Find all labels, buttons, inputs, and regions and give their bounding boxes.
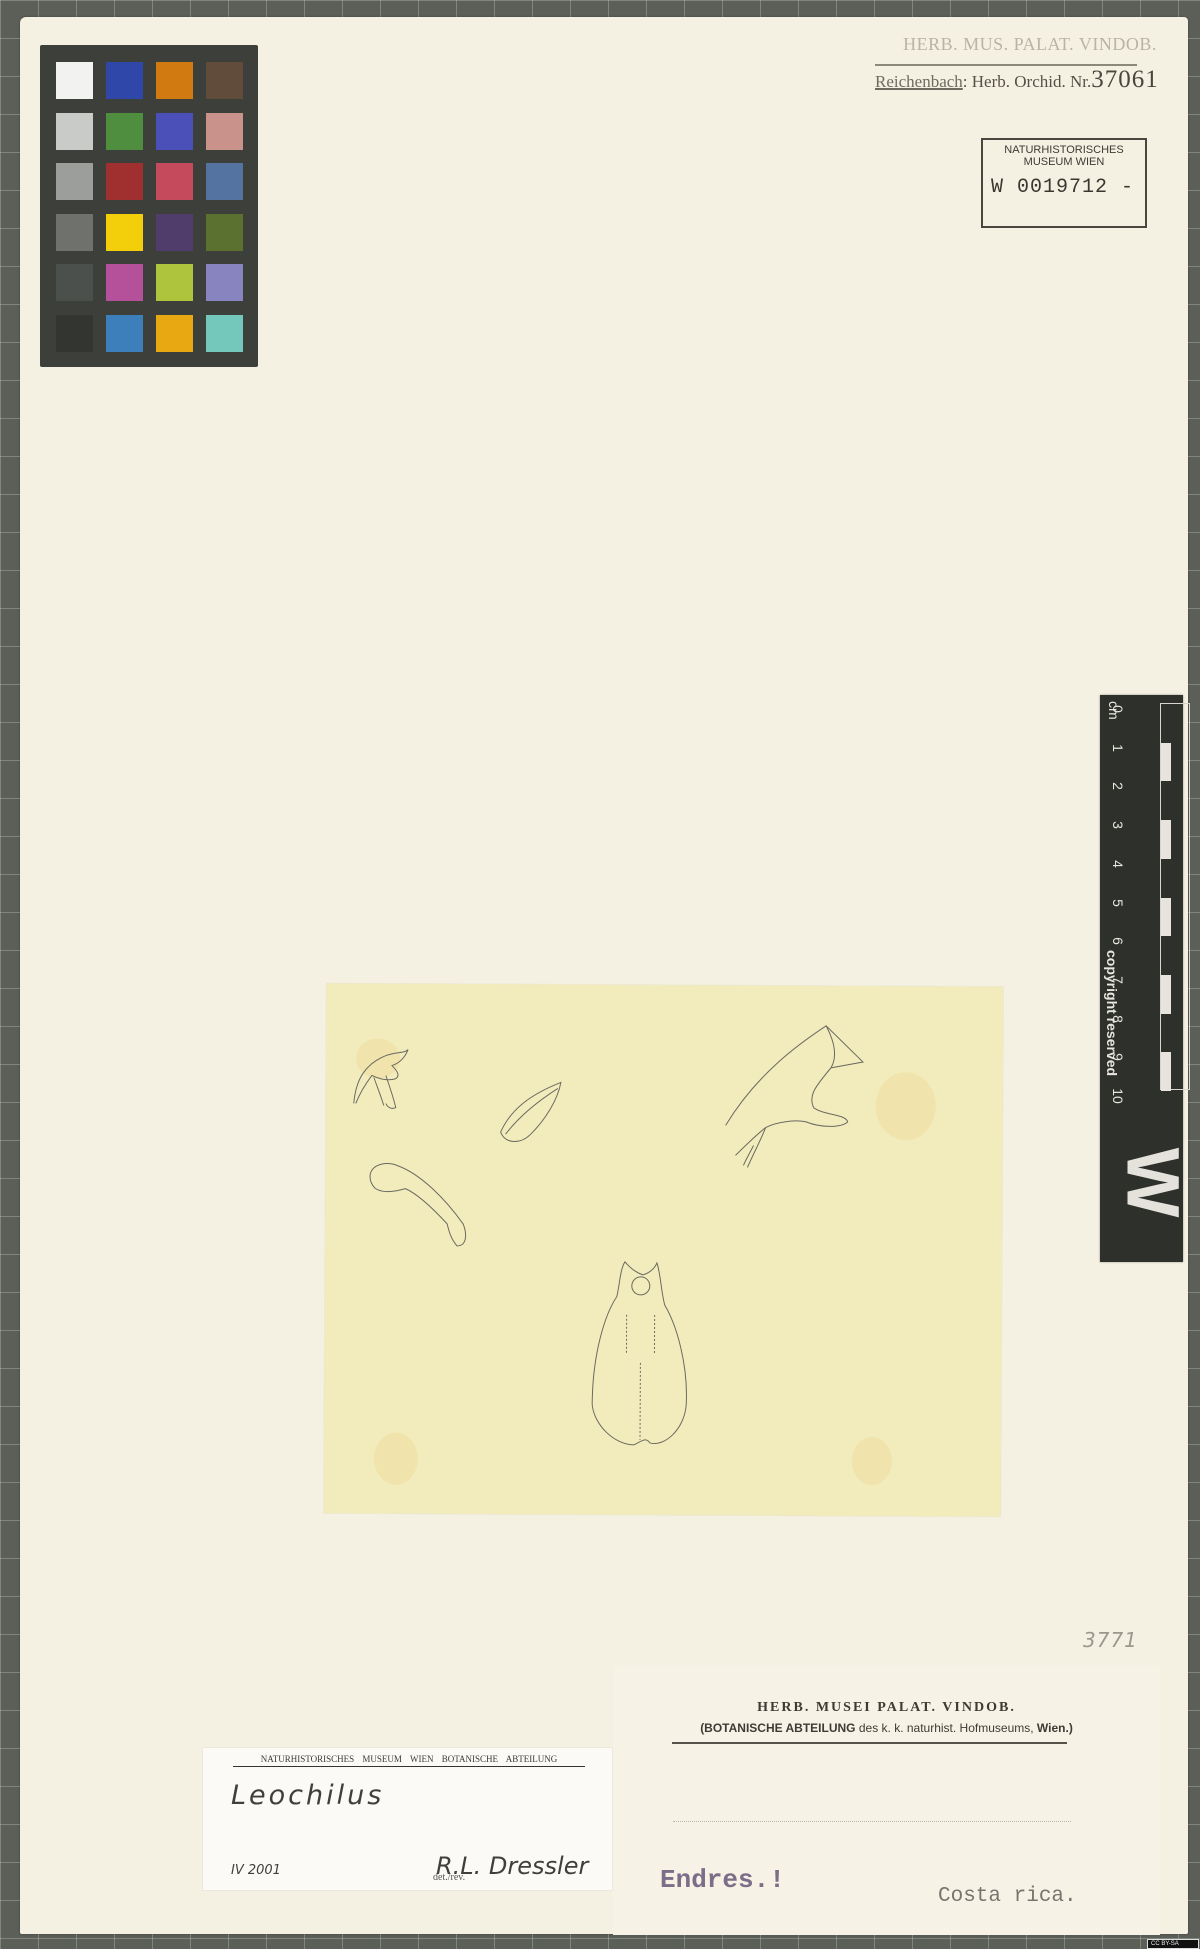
color-swatch <box>56 315 93 352</box>
collection-number-stamp: Reichenbach: Herb. Orchid. Nr.37061 <box>875 66 1159 94</box>
museum-stamp-line2: MUSEUM WIEN <box>983 156 1145 168</box>
ruler-scale-bar <box>1160 703 1190 1090</box>
color-swatch <box>106 315 143 352</box>
orchid-sketch-icon <box>324 983 1004 1517</box>
ruler-tick-label: 5 <box>1110 895 1126 911</box>
orchid-drawing-sheet <box>324 983 1004 1517</box>
herbarium-label-divider <box>672 1742 1067 1744</box>
subtitle-bold: (BOTANISCHE ABTEILUNG <box>700 1721 855 1735</box>
det-label-header-right: BOTANISCHE ABTEILUNG <box>442 1754 558 1764</box>
locality-text: Costa rica. <box>938 1885 1077 1908</box>
barcode-number: W 0019712 - <box>991 176 1134 199</box>
color-swatch <box>156 264 193 301</box>
ruler-tick-label: 6 <box>1110 933 1126 949</box>
ruler-segment <box>1161 936 1171 975</box>
determination-label: NATURHISTORISCHES MUSEUM WIEN BOTANISCHE… <box>203 1748 612 1890</box>
det-label-header-left: NATURHISTORISCHES MUSEUM WIEN <box>261 1754 434 1764</box>
taxon-name: Leochilus <box>231 1780 384 1811</box>
collector-stamp: Endres.! <box>660 1865 785 1895</box>
ruler-tick-label: 1 <box>1110 740 1126 756</box>
ruler-segment <box>1161 898 1171 937</box>
pencil-accession-number: 3771 <box>1083 1628 1138 1652</box>
color-swatch <box>206 315 243 352</box>
ruler-segment <box>1161 781 1171 820</box>
herbarium-label-dotted-line <box>673 1821 1071 1822</box>
color-checker-card <box>40 45 258 367</box>
museum-barcode-stamp: NATURHISTORISCHES MUSEUM WIEN W 0019712 … <box>981 138 1147 228</box>
color-swatch <box>56 264 93 301</box>
ruler-tick-label: 0 <box>1110 701 1126 717</box>
ruler-tick-label: 9 <box>1110 1049 1126 1065</box>
color-swatch <box>106 62 143 99</box>
ruler-tick-label: 2 <box>1110 778 1126 794</box>
color-swatch <box>206 163 243 200</box>
det-rev-text: det./rev. <box>433 1872 465 1883</box>
ruler-segment <box>1161 1014 1171 1053</box>
collection-text: : Herb. Orchid. Nr. <box>963 72 1091 91</box>
w-logo-icon: W <box>1110 1148 1195 1218</box>
color-swatch <box>106 163 143 200</box>
color-swatch <box>106 214 143 251</box>
color-swatch <box>206 62 243 99</box>
subtitle-end: Wien.) <box>1037 1721 1073 1735</box>
collection-number: 37061 <box>1091 66 1159 93</box>
det-label-header: NATURHISTORISCHES MUSEUM WIEN BOTANISCHE… <box>233 1754 585 1767</box>
ruler-tick-label: 7 <box>1110 972 1126 988</box>
ruler-segment <box>1161 820 1171 859</box>
subtitle-rest: des k. k. naturhist. Hofmuseums, <box>856 1721 1037 1735</box>
museum-stamp-line1: NATURHISTORISCHES <box>983 144 1145 156</box>
herbarium-label: HERB. MUSEI PALAT. VINDOB. (BOTANISCHE A… <box>613 1665 1160 1935</box>
color-swatch <box>56 214 93 251</box>
collection-collector: Reichenbach <box>875 72 963 91</box>
color-swatch <box>156 113 193 150</box>
herbarium-label-title: HERB. MUSEI PALAT. VINDOB. <box>613 1700 1160 1716</box>
color-swatch <box>56 163 93 200</box>
color-swatch <box>206 264 243 301</box>
determination-date: IV 2001 <box>231 1863 281 1878</box>
color-swatch <box>156 163 193 200</box>
ruler-segment <box>1161 859 1171 898</box>
color-swatch <box>56 113 93 150</box>
license-badge[interactable]: CC BY-SA <box>1147 1939 1199 1949</box>
color-swatch <box>156 214 193 251</box>
ruler-tick-label: 4 <box>1110 856 1126 872</box>
ruler-segment <box>1161 1052 1171 1091</box>
ruler-tick-label: 8 <box>1110 1011 1126 1027</box>
scale-ruler: cm copyright reserved W 012345678910 <box>1100 695 1183 1262</box>
herbarium-label-subtitle: (BOTANISCHE ABTEILUNG des k. k. naturhis… <box>613 1721 1160 1735</box>
ruler-tick-label: 10 <box>1110 1088 1126 1104</box>
herbarium-stamp: HERB. MUS. PALAT. VINDOB. <box>885 34 1175 55</box>
ruler-segment <box>1161 743 1171 782</box>
ruler-tick-label: 3 <box>1110 817 1126 833</box>
ruler-segment <box>1161 704 1171 743</box>
color-swatch <box>56 62 93 99</box>
color-swatch <box>106 264 143 301</box>
color-swatch <box>206 214 243 251</box>
ruler-segment <box>1161 975 1171 1014</box>
color-swatch <box>156 315 193 352</box>
color-swatch <box>206 113 243 150</box>
color-swatch <box>106 113 143 150</box>
color-swatch <box>156 62 193 99</box>
